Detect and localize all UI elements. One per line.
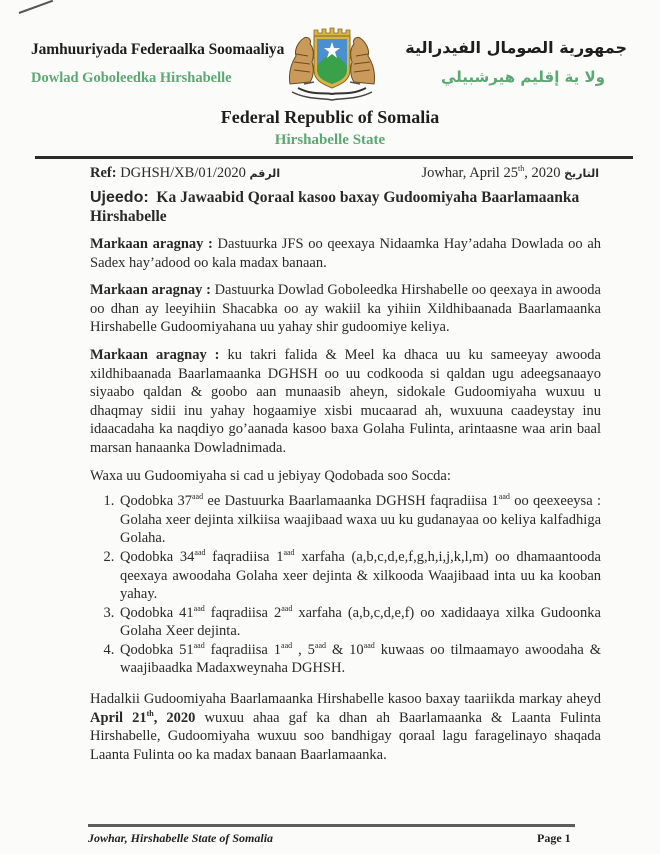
closing-paragraph: Hadalkii Gudoomiyaha Baarlamaanka Hirsha… xyxy=(90,690,601,764)
page-number: Page 1 xyxy=(537,831,571,846)
paragraph-2: Markaan aragnay : Dastuurka Dowlad Gobol… xyxy=(90,281,601,337)
letter-date: Jowhar, April 25th, 2020 التاريخ xyxy=(421,164,599,186)
subject-line: Ujeedo: Ka Jawaabid Qoraal kasoo baxay G… xyxy=(90,188,601,226)
violated-articles-list: Qodobka 37aad ee Dastuurka Baarlamaanka … xyxy=(90,492,601,678)
pen-mark xyxy=(19,0,54,14)
coat-of-arms-icon xyxy=(284,22,380,104)
list-item: Qodobka 41aad faqradiisa 2aad xarfaha (a… xyxy=(118,604,601,641)
document-subtitle: Hirshabelle State xyxy=(0,132,660,149)
list-item: Qodobka 34aad faqradiisa 1aad xarfaha (a… xyxy=(118,548,601,604)
header-somali-republic: Jamhuuriyada Federaalka Soomaaliya xyxy=(31,41,284,59)
reference-number: Ref: DGHSH/XB/01/2020 الرقم xyxy=(90,164,280,186)
reference-row: Ref: DGHSH/XB/01/2020 الرقم Jowhar, Apri… xyxy=(90,164,601,186)
document-title: Federal Republic of Somalia xyxy=(0,107,660,128)
header-divider xyxy=(35,156,633,159)
header-somali-state: Dowlad Goboleedka Hirshabelle xyxy=(31,70,232,87)
header-arabic-state: ولا ية إقليم هيرشبيلي xyxy=(441,68,605,86)
list-item: Qodobka 37aad ee Dastuurka Baarlamaanka … xyxy=(118,492,601,548)
list-item: Qodobka 51aad faqradiisa 1aad , 5aad & 1… xyxy=(118,641,601,678)
footer-divider xyxy=(88,824,575,827)
footer-location: Jowhar, Hirshabelle State of Somalia xyxy=(88,831,273,846)
header-arabic-republic: جمهورية الصومال الفيدرالية xyxy=(405,38,627,57)
list-intro: Waxa uu Gudoomiyaha si cad u jebiyay Qod… xyxy=(90,467,601,486)
letter-body: Ref: DGHSH/XB/01/2020 الرقم Jowhar, Apri… xyxy=(90,164,601,764)
paragraph-1: Markaan aragnay : Dastuurka JFS oo qeexa… xyxy=(90,235,601,272)
paragraph-3: Markaan aragnay : ku takri falida & Meel… xyxy=(90,346,601,458)
letter-page: Jamhuuriyada Federaalka Soomaaliya Dowla… xyxy=(0,0,660,854)
